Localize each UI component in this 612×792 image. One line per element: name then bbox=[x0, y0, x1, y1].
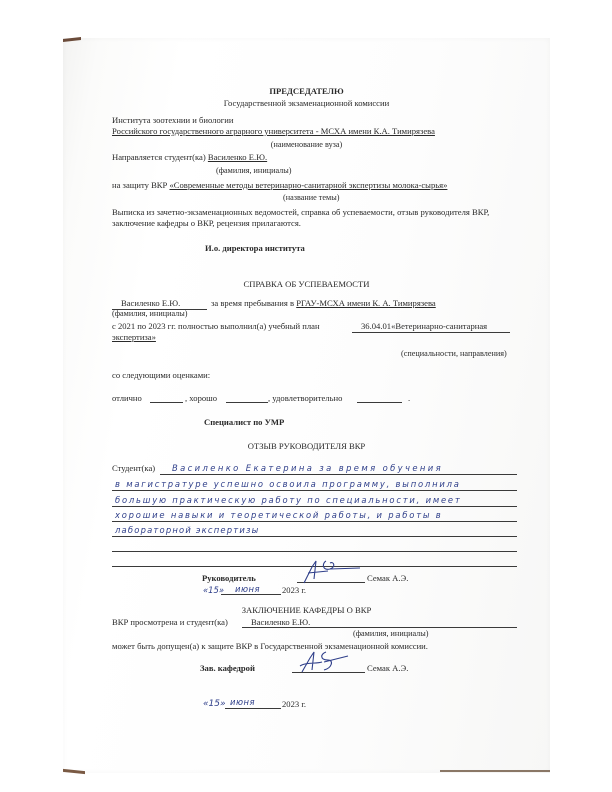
plan-text: с 2021 по 2023 гг. полностью выполнил(а)… bbox=[112, 321, 320, 331]
university-name: Российского государственного аграрного у… bbox=[112, 126, 435, 136]
page-edge-shadow bbox=[440, 770, 550, 772]
excellent-field bbox=[150, 402, 183, 403]
performance-university: РГАУ-МСХА имени К. А. Тимирязева bbox=[296, 298, 436, 308]
specialist-label: Специалист по УМР bbox=[204, 417, 284, 427]
review-line-6 bbox=[112, 551, 517, 552]
thesis-caption: (название темы) bbox=[283, 193, 339, 203]
review-student-label: Студент(ка) bbox=[112, 463, 155, 473]
university-caption: (наименование вуза) bbox=[63, 140, 550, 150]
head-label: Зав. кафедрой bbox=[200, 663, 255, 673]
review-handwriting-2: в магистратуре успешно освоила программу… bbox=[115, 479, 461, 489]
review-date-year: 2023 г. bbox=[282, 585, 306, 595]
review-title: ОТЗЫВ РУКОВОДИТЕЛЯ ВКР bbox=[63, 441, 550, 451]
addressee-title: ПРЕДСЕДАТЕЛЮ bbox=[63, 86, 550, 96]
specialty-line-1: 36.04.01«Ветеринарно-санитарная bbox=[361, 321, 487, 331]
thesis-line: на защиту ВКР «Современные методы ветери… bbox=[112, 180, 447, 190]
good-label: , хорошо bbox=[185, 393, 217, 403]
conclusion-student-name: Василенко Е.Ю. bbox=[251, 617, 310, 627]
conclusion-reviewed-prefix: ВКР просмотрена и студент(ка) bbox=[112, 617, 228, 627]
head-signature bbox=[296, 648, 356, 678]
performance-student-caption: (фамилия, инициалы) bbox=[112, 309, 187, 319]
review-handwriting-3: большую практическую работу по специальн… bbox=[115, 495, 462, 505]
conclusion-student-caption: (фамилия, инициалы) bbox=[353, 629, 428, 639]
grades-label: со следующими оценками: bbox=[112, 370, 210, 380]
specialty-underline bbox=[352, 332, 510, 333]
conclusion-date-year: 2023 г. bbox=[282, 699, 306, 709]
head-name: Семак А.Э. bbox=[367, 663, 408, 673]
student-caption: (фамилия, инициалы) bbox=[216, 166, 291, 176]
review-line-3 bbox=[112, 506, 517, 507]
student-direction: Направляется студент(ка) Василенко Е.Ю. bbox=[112, 152, 267, 162]
institute-name: Института зоотехнии и биологии bbox=[112, 115, 233, 125]
supervisor-signature bbox=[300, 557, 370, 589]
review-date-month: июня bbox=[235, 584, 260, 594]
satisfactory-field bbox=[357, 402, 402, 403]
conclusion-date-open: «15» bbox=[203, 698, 226, 709]
student-name: Василенко Е.Ю. bbox=[208, 152, 267, 162]
director-label: И.о. директора института bbox=[205, 243, 305, 253]
conclusion-name-line bbox=[242, 627, 517, 628]
review-date-month-line bbox=[221, 594, 281, 595]
review-handwriting-5: лабораторной экспертизы bbox=[115, 525, 259, 535]
period-text: за время пребывания в bbox=[211, 298, 294, 308]
attachments-line-1: Выписка из зачетно-экзаменационных ведом… bbox=[112, 207, 489, 217]
good-field bbox=[226, 402, 268, 403]
specialty-caption: (специальности, направления) bbox=[401, 349, 507, 359]
performance-period-line: за время пребывания в РГАУ-МСХА имени К.… bbox=[211, 298, 436, 308]
attachments-line-2: заключение кафедры о ВКР, рецензия прила… bbox=[112, 218, 301, 228]
supervisor-label: Руководитель bbox=[202, 573, 256, 583]
specialty-line-2: экспертиза» bbox=[112, 332, 156, 342]
supervisor-name: Семак А.Э. bbox=[367, 573, 408, 583]
student-prefix: Направляется студент(ка) bbox=[112, 152, 206, 162]
conclusion-title: ЗАКЛЮЧЕНИЕ КАФЕДРЫ О ВКР bbox=[63, 605, 550, 615]
review-line-2 bbox=[112, 490, 517, 491]
conclusion-date-month: июня bbox=[230, 697, 255, 707]
review-line-4 bbox=[112, 521, 517, 522]
thesis-prefix: на защиту ВКР bbox=[112, 180, 167, 190]
addressee-subtitle: Государственной экзаменационной комиссии bbox=[63, 98, 550, 108]
conclusion-date-month-line bbox=[225, 708, 281, 709]
review-line-1 bbox=[160, 474, 517, 475]
review-handwriting-1: Василенко Екатерина за время обучения bbox=[172, 463, 443, 473]
excellent-label: отлично bbox=[112, 393, 142, 403]
admission-text: может быть допущен(а) к защите ВКР в Гос… bbox=[112, 641, 428, 651]
performance-student-name: Василенко Е.Ю. bbox=[121, 298, 180, 308]
review-line-5 bbox=[112, 536, 517, 537]
thesis-title: «Современные методы ветеринарно-санитарн… bbox=[169, 180, 447, 190]
performance-title: СПРАВКА ОБ УСПЕВАЕМОСТИ bbox=[63, 279, 550, 289]
conclusion-date-day: «15» bbox=[203, 699, 226, 709]
end-dot: . bbox=[408, 393, 410, 403]
satisfactory-label: , удовлетворительно bbox=[268, 393, 342, 403]
review-handwriting-4: хорошие навыки и теоретической работы, и… bbox=[115, 510, 443, 520]
